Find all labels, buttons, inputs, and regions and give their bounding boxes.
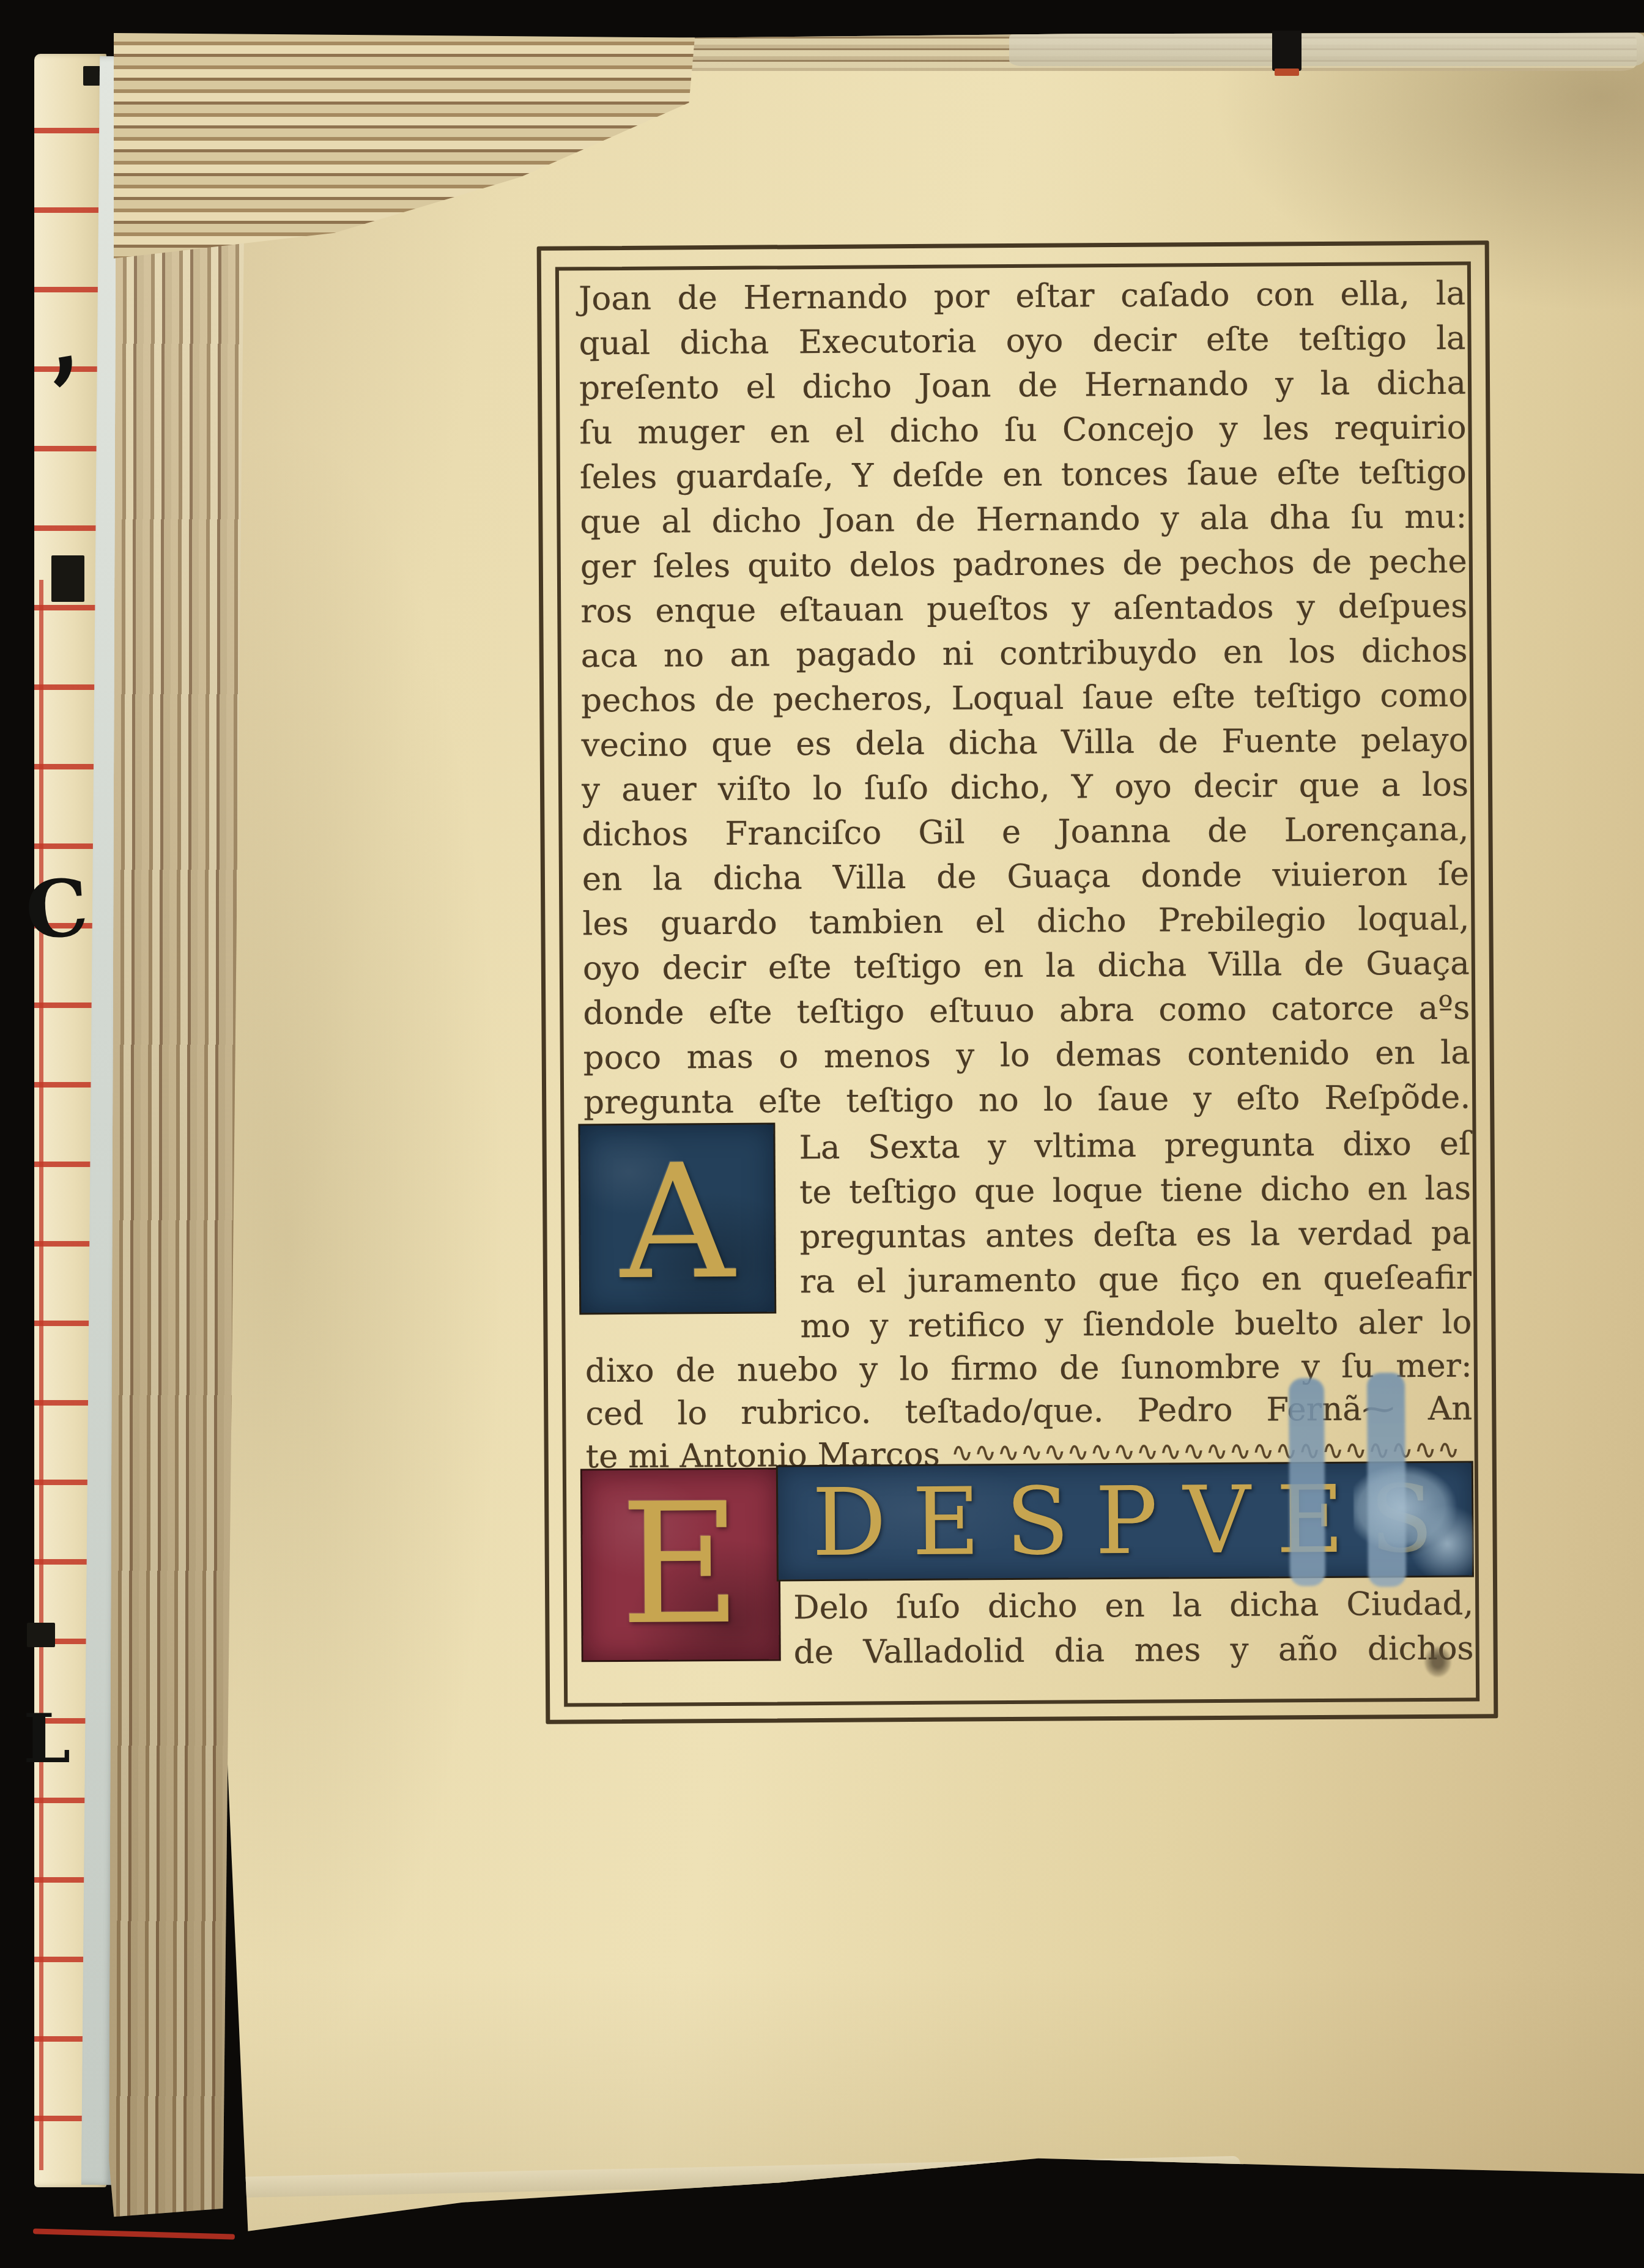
manuscript-line: qual dicha Executoria oyo decir eſte teſ… [579,316,1465,366]
manuscript-line: oyo decir eſte teſtigo en la dicha Villa… [583,941,1470,991]
manuscript-line: aca no an pagado ni contribuydo en los d… [581,628,1468,678]
manuscript-line: que al dicho Joan de Hernando y ala dha … [580,494,1467,544]
manuscript-line: dichos Franciſco Gil e Joanna de Lorença… [582,807,1468,857]
manuscript-line: mo y retifico y ſiendole buelto aler lo [800,1300,1472,1349]
despues-letter: D [812,1468,887,1577]
illuminated-initial-a-block: A [580,1124,774,1313]
page-top-curl-highlight [1009,32,1644,66]
despues-letter: E [912,1467,980,1576]
manuscript-line: ſu muger en el dicho ſu Concejo y les re… [579,406,1466,456]
manuscript-line: de Valladolid dia mes y año dichos [793,1626,1473,1675]
page-bottom-fold [231,2155,1240,2198]
manuscript-line: dixo de nuebo y lo firmo de ſunombre y ſ… [585,1344,1472,1393]
text-frame: Joan de Hernando por eſtar caſado con el… [537,240,1498,1724]
manuscript-line: preguntas antes deſta es la verdad pa [799,1210,1471,1259]
manuscript-line: ros enque eſtauan pueſtos y aſentados y … [580,584,1467,634]
manuscript-line: pechos de pecheros, Loqual ſaue eſte teſ… [581,673,1468,723]
manuscript-line: ſeles guardaſe, Y deſde en tonces ſaue e… [580,450,1467,500]
initial-a-letter: A [620,1143,735,1302]
manuscript-line: te teſtigo que loque tiene dicho en las [799,1166,1471,1215]
despues-letter: S [1005,1467,1070,1576]
manuscript-line: ra el juramento que fiço en queſeafir [800,1255,1472,1304]
despues-letter: P [1095,1467,1158,1576]
paint-smear [1353,1462,1474,1576]
closing-paragraph: Delo ſuſo dicho en la dicha Ciudad,de Va… [793,1581,1474,1675]
manuscript-line: Joan de Hernando por eſtar caſado con el… [579,272,1465,322]
neume-square-mark [27,1623,55,1647]
neume-square-mark [51,555,84,602]
manuscript-line: preſento el dicho Joan de Hernando y la … [579,361,1466,411]
despues-letter: V [1183,1466,1251,1575]
page-edge-stack [109,39,246,2226]
text-area: Joan de Hernando por eſtar caſado con el… [579,272,1474,1702]
manuscript-line: La Sexta y vltima pregunta dixo eſ [799,1121,1470,1170]
letter-c-mark: C [23,869,91,951]
sexta-paragraph-indented: La Sexta y vltima pregunta dixo eſte teſ… [799,1121,1472,1349]
initial-e-letter: E [620,1481,742,1648]
manuscript-line: ger ſeles quito delos padrones de pechos… [580,539,1467,589]
manuscript-line: ced lo rubrico. teſtado/que. Pedro Fernã… [585,1387,1472,1436]
sexta-paragraph-fullwidth: dixo de nuebo y lo firmo de ſunombre y ſ… [585,1344,1473,1480]
red-margin-line [39,580,43,2170]
manuscript-line: en la dicha Villa de Guaça donde viuiero… [582,851,1469,902]
manuscript-line: donde eſte teſtigo eſtuuo abra como cato… [583,985,1470,1036]
red-fold-line [33,2228,235,2239]
bookmark-ribbon [1272,31,1301,71]
manuscript-line: Delo ſuſo dicho en la dicha Ciudad, [793,1581,1473,1630]
comma-mark: , [37,292,84,388]
testimony-paragraph: Joan de Hernando por eſtar caſado con el… [579,272,1470,1125]
paint-drip [1289,1378,1325,1586]
ink-blot [1420,1642,1456,1682]
manuscript-line: pregunta eſte teſtigo no lo ſaue y eſto … [583,1075,1470,1125]
illuminated-initial-e-block: E [582,1469,779,1660]
manuscript-line: les guardo tambien el dicho Prebilegio l… [582,896,1469,946]
letter-l-mark: L [23,1705,70,1773]
manuscript-line: poco mas o menos y lo demas contenido en… [583,1030,1470,1080]
photo-background: , C L Joan de Hernando por eſtar caſado … [0,0,1644,2268]
neume-square-mark [83,66,100,86]
manuscript-line: vecino que es dela dicha Villa de Fuente… [581,717,1468,768]
manuscript-line: y auer viſto lo ſuſo dicho, Y oyo decir … [582,762,1468,812]
